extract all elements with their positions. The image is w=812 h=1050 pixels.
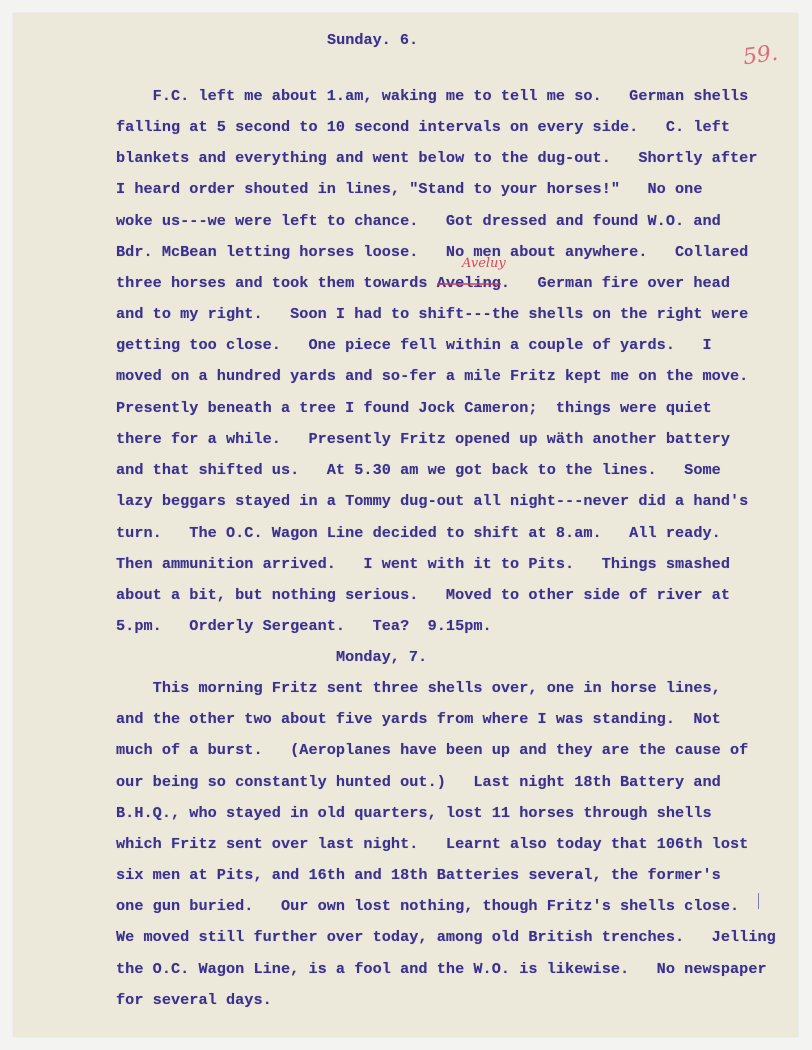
text-segment: . German fire over head [501, 274, 730, 292]
text-line: blankets and everything and went below t… [116, 148, 757, 168]
text-line: one gun buried. Our own lost nothing, th… [116, 896, 739, 916]
text-line-with-overstrike: there for a while. Presently Fritz opene… [116, 429, 730, 449]
text-line: B.H.Q., who stayed in old quarters, lost… [116, 803, 712, 823]
overstruck-char: ä [556, 430, 565, 448]
text-line: about a bit, but nothing serious. Moved … [116, 585, 730, 605]
overstruck-word: fer [409, 367, 437, 385]
page-number-handwritten: 59. [741, 41, 779, 71]
text-segment: moved on a hundred yards and so- [116, 367, 409, 385]
text-line: which Fritz sent over last night. Learnt… [116, 834, 748, 854]
text-line-with-overstrike: moved on a hundred yards and so-fer a mi… [116, 366, 748, 386]
text-segment: three horses and took them towards [116, 274, 437, 292]
text-segment: a mile Fritz kept me on the move. [437, 367, 749, 385]
text-line: six men at Pits, and 16th and 18th Batte… [116, 865, 721, 885]
text-line: much of a burst. (Aeroplanes have been u… [116, 740, 748, 760]
margin-mark [758, 893, 759, 909]
text-line: This morning Fritz sent three shells ove… [116, 678, 721, 698]
struck-word: Aveling [437, 274, 501, 292]
text-segment: th another battery [565, 430, 730, 448]
text-line: turn. The O.C. Wagon Line decided to shi… [116, 523, 721, 543]
text-line: We moved still further over today, among… [116, 927, 776, 947]
text-line: our being so constantly hunted out.) Las… [116, 772, 721, 792]
text-line: and the other two about five yards from … [116, 709, 721, 729]
text-line: for several days. [116, 990, 272, 1010]
entry-heading-sunday: Sunday. 6. [327, 30, 418, 50]
entry-heading-monday: Monday, 7. [336, 647, 427, 667]
text-line: and to my right. Soon I had to shift---t… [116, 304, 748, 324]
text-line: getting too close. One piece fell within… [116, 335, 712, 355]
text-line: lazy beggars stayed in a Tommy dug-out a… [116, 491, 748, 511]
text-line: falling at 5 second to 10 second interva… [116, 117, 730, 137]
text-line: Then ammunition arrived. I went with it … [116, 554, 730, 574]
text-line: and that shifted us. At 5.30 am we got b… [116, 460, 721, 480]
text-line: the O.C. Wagon Line, is a fool and the W… [116, 959, 767, 979]
text-line: I heard order shouted in lines, "Stand t… [116, 179, 703, 199]
text-segment: there for a while. Presently Fritz opene… [116, 430, 556, 448]
text-line: woke us---we were left to chance. Got dr… [116, 211, 721, 231]
text-line: Bdr. McBean letting horses loose. No men… [116, 242, 748, 262]
text-line: Presently beneath a tree I found Jock Ca… [116, 398, 712, 418]
handwritten-correction: Aveluy [462, 256, 506, 271]
text-line-with-correction: three horses and took them towards Aveli… [116, 273, 730, 293]
text-line: F.C. left me about 1.am, waking me to te… [116, 86, 748, 106]
text-line: 5.pm. Orderly Sergeant. Tea? 9.15pm. [116, 616, 492, 636]
